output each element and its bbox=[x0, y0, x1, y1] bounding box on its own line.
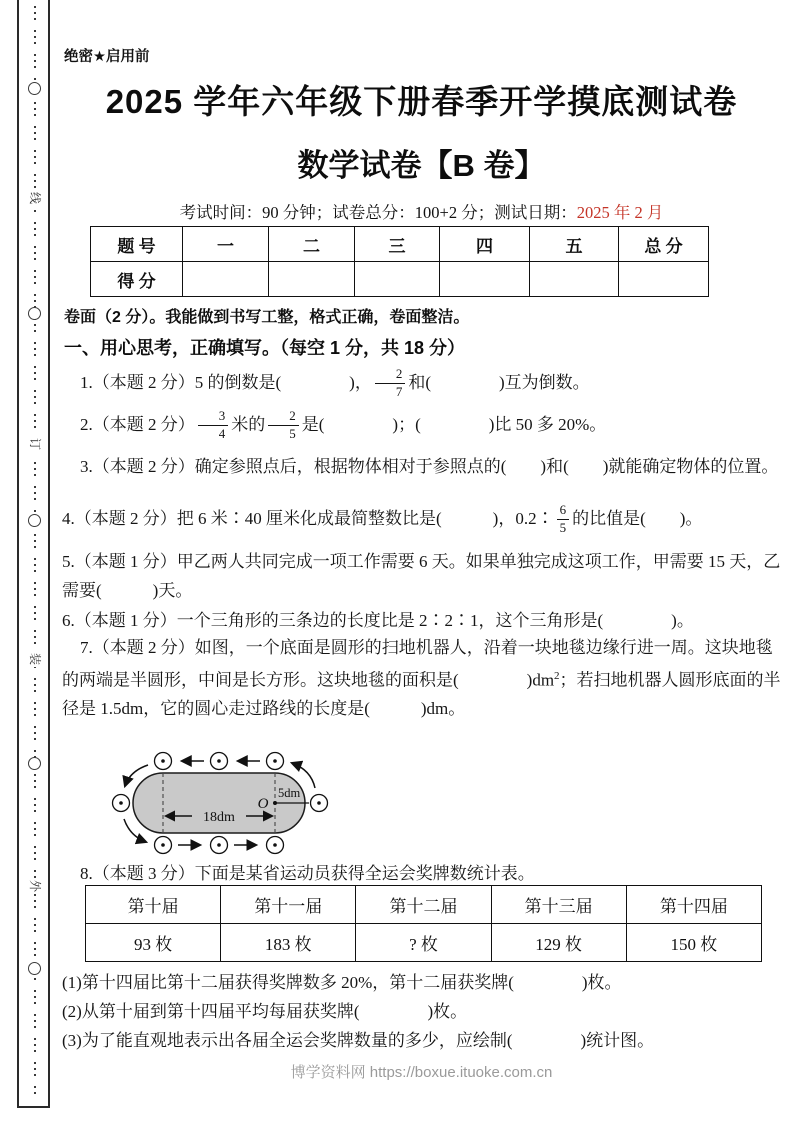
paper-title: 2025 学年六年级下册春季开学摸底测试卷 bbox=[62, 76, 781, 123]
sub-question-2: (2)从第十届到第十四届平均每届获奖牌( )枚。 bbox=[62, 1001, 781, 1023]
medal-header-cell: 第十一届 bbox=[221, 886, 356, 924]
length-label: 18dm bbox=[203, 810, 235, 825]
score-empty-cell bbox=[183, 262, 269, 297]
medal-value-cell: 183 枚 bbox=[221, 924, 356, 962]
binding-circle bbox=[28, 962, 41, 975]
binding-dashed-line bbox=[34, 6, 36, 1096]
score-header-cell: 一 bbox=[183, 227, 269, 262]
fraction: 65 bbox=[557, 503, 570, 535]
binding-char: 线 bbox=[27, 190, 43, 206]
question-5: 5.（本题 1 分）甲乙两人共同完成一项工作需要 6 天。如果单独完成这项工作，… bbox=[62, 547, 781, 605]
footer: 博学资料网 https://boxue.ituoke.com.cn bbox=[62, 1061, 781, 1082]
binding-char: 装 bbox=[27, 651, 43, 667]
medal-header-cell: 第十三届 bbox=[491, 886, 626, 924]
sub-question-3: (3)为了能直观地表示出各届全运会奖牌数量的多少，应绘制( )统计图。 bbox=[62, 1030, 781, 1052]
score-row-label: 得 分 bbox=[91, 262, 183, 297]
medal-value-cell: 150 枚 bbox=[626, 924, 761, 962]
medal-header-cell: 第十二届 bbox=[356, 886, 491, 924]
question-6: 6.（本题 1 分）一个三角形的三条边的长度比是 2∶2∶1，这个三角形是( )… bbox=[62, 606, 781, 635]
binding-strip: 线 订 装 外 bbox=[17, 0, 50, 1108]
medal-header-cell: 第十四届 bbox=[626, 886, 761, 924]
score-header-cell: 二 bbox=[269, 227, 355, 262]
score-empty-cell bbox=[440, 262, 530, 297]
fraction: 25 bbox=[268, 409, 299, 441]
paper-subtitle: 数学试卷【B 卷】 bbox=[62, 140, 781, 185]
score-empty-cell bbox=[530, 262, 619, 297]
fraction: 34 bbox=[198, 409, 229, 441]
question-7: 7.（本题 2 分）如图，一个底面是圆形的扫地机器人，沿着一块地毯边缘行进一周。… bbox=[62, 634, 781, 723]
score-empty-cell bbox=[355, 262, 440, 297]
medal-value-cell: ? 枚 bbox=[356, 924, 491, 962]
question-2: 2.（本题 2 分）34米的25是( )；( )比 50 多 20%。 bbox=[62, 404, 781, 446]
binding-char: 订 bbox=[27, 436, 43, 452]
score-empty-cell bbox=[619, 262, 709, 297]
binding-circle bbox=[28, 514, 41, 527]
medal-header-cell: 第十届 bbox=[86, 886, 221, 924]
medal-table: 第十届 第十一届 第十二届 第十三届 第十四届 93 枚 183 枚 ? 枚 1… bbox=[85, 885, 762, 962]
sub-question-1: (1)第十四届比第十二届获得奖牌数多 20%，第十二届获奖牌( )枚。 bbox=[62, 972, 781, 994]
exam-info-text: 考试时间：90 分钟；试卷总分：100+2 分；测试日期： bbox=[180, 203, 577, 222]
neatness-note: 卷面（2 分）。我能做到书写工整，格式正确，卷面整洁。 bbox=[64, 304, 780, 327]
medal-table-header-row: 第十届 第十一届 第十二届 第十三届 第十四届 bbox=[86, 886, 762, 924]
score-header-cell: 题 号 bbox=[91, 227, 183, 262]
score-table: 题 号 一 二 三 四 五 总 分 得 分 bbox=[90, 226, 709, 297]
radius-label: 5dm bbox=[278, 786, 301, 800]
score-header-cell: 五 bbox=[530, 227, 619, 262]
question-4: 4.（本题 2 分）把 6 米∶40 厘米化成最简整数比是( )，0.2∶65的… bbox=[62, 498, 781, 540]
footer-url-link[interactable]: https://boxue.ituoke.com.cn bbox=[370, 1064, 553, 1081]
binding-char: 外 bbox=[27, 878, 43, 894]
center-label: O bbox=[258, 796, 269, 812]
binding-circle bbox=[28, 757, 41, 770]
secret-label: 绝密★启用前 bbox=[64, 45, 150, 66]
exam-paper-page: 线 订 装 外 绝密★启用前 2025 学年六年级下册春季开学摸底测试卷 数学试… bbox=[0, 0, 793, 1122]
score-header-cell: 三 bbox=[355, 227, 440, 262]
footer-site-name: 博学资料网 bbox=[291, 1064, 366, 1081]
binding-circle bbox=[28, 307, 41, 320]
score-header-cell: 四 bbox=[440, 227, 530, 262]
question-1: 1.（本题 2 分）5 的倒数是( )，27和( )互为倒数。 bbox=[62, 362, 781, 404]
carpet-robot-figure: 18dm O 5dm bbox=[100, 748, 340, 858]
section-one-heading: 一、用心思考，正确填写。（每空 1 分，共 18 分） bbox=[64, 334, 780, 360]
score-table-score-row: 得 分 bbox=[91, 262, 709, 297]
score-empty-cell bbox=[269, 262, 355, 297]
question-3: 3.（本题 2 分）确定参照点后，根据物体相对于参照点的( )和( )就能确定物… bbox=[62, 452, 781, 481]
binding-circle bbox=[28, 82, 41, 95]
score-header-cell: 总 分 bbox=[619, 227, 709, 262]
medal-value-cell: 93 枚 bbox=[86, 924, 221, 962]
question-8-intro: 8.（本题 3 分）下面是某省运动员获得全运会奖牌数统计表。 bbox=[62, 860, 781, 888]
exam-date: 2025 年 2 月 bbox=[577, 203, 664, 222]
exam-info-line: 考试时间：90 分钟；试卷总分：100+2 分；测试日期：2025 年 2 月 bbox=[62, 199, 781, 223]
medal-value-cell: 129 枚 bbox=[491, 924, 626, 962]
fraction: 27 bbox=[375, 367, 406, 399]
score-table-header-row: 题 号 一 二 三 四 五 总 分 bbox=[91, 227, 709, 262]
medal-table-value-row: 93 枚 183 枚 ? 枚 129 枚 150 枚 bbox=[86, 924, 762, 962]
